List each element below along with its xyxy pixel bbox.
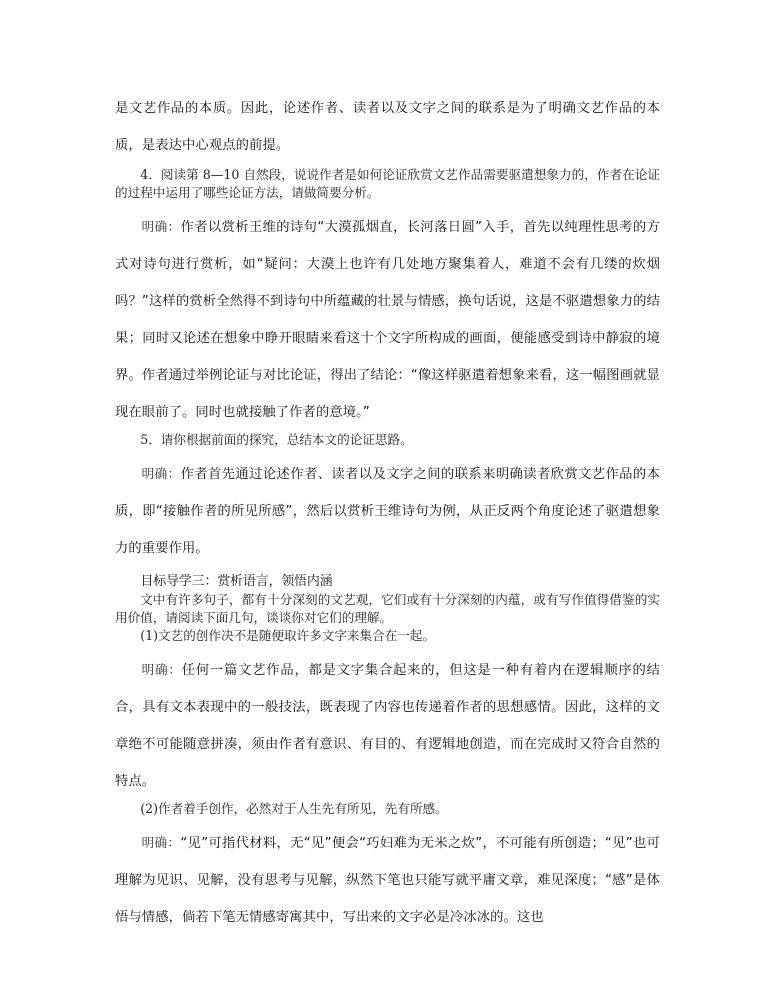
answer-sentence-2: 明确：“见”可指代材料，无“见”便会“巧妇难为无米之炊”，不可能有所创造；“见”… <box>115 824 660 936</box>
question-5: 5．请你根据前面的探究，总结本文的论证思路。 <box>115 431 660 449</box>
section-intro: 文中有许多句子，都有十分深刻的文艺观，它们或有十分深刻的内蕴，或有写作值得借鉴的… <box>115 591 660 627</box>
answer-text: 作者首先通过论述作者、读者以及文字之间的联系来明确读者欣赏文艺作品的本质，即“接… <box>115 467 660 556</box>
answer-label: 明确： <box>142 466 181 481</box>
answer-text: 任何一篇文艺作品，都是文字集合起来的，但这是一种有着内在逻辑顺序的结合，具有文本… <box>115 663 660 789</box>
section-heading-goal-3: 目标导学三：赏析语言，领悟内涵 <box>115 573 660 591</box>
question-4: 4．阅读第 8—10 自然段，说说作者是如何论证欣赏文艺作品需要驱遣想象力的，作… <box>115 166 660 202</box>
sentence-2: (2)作者着手创作，必然对于人生先有所见，先有所感。 <box>115 800 660 818</box>
answer-text: 作者以赏析王维的诗句“大漠孤烟直，长河落日圆”入手，首先以纯理性思考的方式对诗句… <box>115 220 660 420</box>
answer-text: “见”可指代材料，无“见”便会“巧妇难为无米之炊”，不可能有所创造；“见”也可理… <box>115 836 660 925</box>
sentence-1: (1)文艺的创作决不是随便取许多文字来集合在一起。 <box>115 627 660 645</box>
answer-4: 明确：作者以赏析王维的诗句“大漠孤烟直，长河落日圆”入手，首先以纯理性思考的方式… <box>115 208 660 431</box>
paragraph-continuation: 是文艺作品的本质。因此，论述作者、读者以及文字之间的联系是为了明确文艺作品的本质… <box>115 90 660 164</box>
answer-label: 明确： <box>142 835 181 850</box>
answer-sentence-1: 明确：任何一篇文艺作品，都是文字集合起来的，但这是一种有着内在逻辑顺序的结合，具… <box>115 651 660 800</box>
answer-label: 明确： <box>142 662 182 677</box>
document-page: 是文艺作品的本质。因此，论述作者、读者以及文字之间的联系是为了明确文艺作品的本质… <box>115 90 660 936</box>
answer-label: 明确： <box>142 219 181 234</box>
answer-5: 明确：作者首先通过论述作者、读者以及文字之间的联系来明确读者欣赏文艺作品的本质，… <box>115 455 660 567</box>
